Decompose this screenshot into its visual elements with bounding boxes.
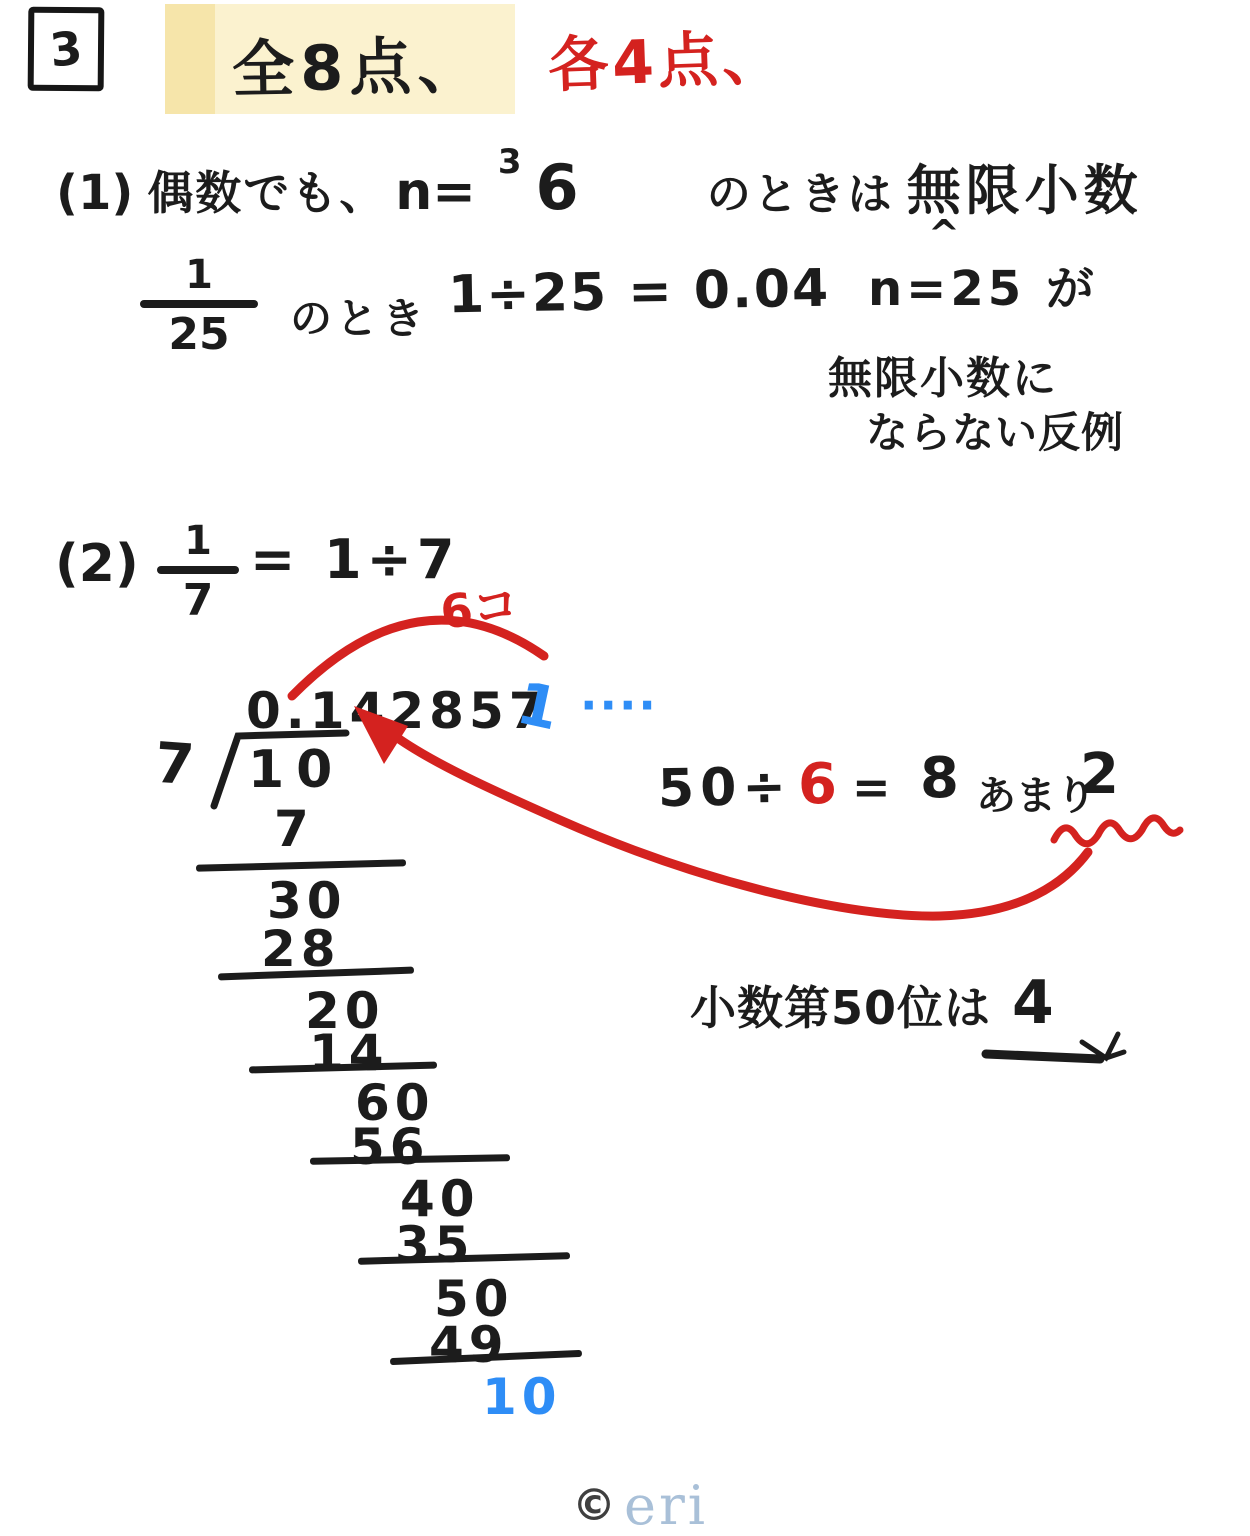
remainder-calc-quotient: 8 xyxy=(920,746,959,811)
problem-number: 3 xyxy=(47,21,84,78)
remainder-calc-pre: 50÷ xyxy=(657,757,792,819)
problem-number-box: 3 xyxy=(28,7,105,92)
fraction-bar xyxy=(140,300,258,308)
cycle-count-label: 6コ xyxy=(436,567,521,642)
quotient-digits: 0.142857 xyxy=(246,682,549,740)
part1-statement-post1: のときは xyxy=(707,158,895,222)
fraction-denominator: 7 xyxy=(157,576,239,626)
part1-note-line3: ならない反例 xyxy=(866,400,1124,460)
part1-note-line1: n=25 が xyxy=(868,250,1098,319)
part1-when-label: のとき xyxy=(290,286,428,346)
answer-underline-arrow-icon xyxy=(1082,1034,1124,1058)
part1-calculation: 1÷25 = 0.04 xyxy=(448,259,831,326)
division-final-remainder: 10 xyxy=(482,1368,562,1426)
answer-underline xyxy=(986,1054,1100,1059)
division-step: 49 xyxy=(429,1316,509,1374)
division-step: 35 xyxy=(395,1216,475,1274)
part1-statement-superscript: 3 xyxy=(498,142,522,182)
part1-statement-var: n= xyxy=(395,162,476,222)
watermark: © eri xyxy=(572,1474,708,1536)
remainder-calc-amari-label: あまり xyxy=(976,764,1096,821)
fraction-1-7: 1 7 xyxy=(157,518,239,626)
division-divisor: 7 xyxy=(153,731,196,799)
division-rule xyxy=(196,859,406,871)
part1-statement-row: (1) 偶数でも、 n= 3 6 のときは 無限小数 xyxy=(56,148,1143,225)
emphasis-wavy-underline xyxy=(1054,818,1180,844)
fraction-denominator: 25 xyxy=(140,310,258,360)
part1-statement-value: 6 xyxy=(536,151,579,224)
division-step: 7 xyxy=(274,800,314,858)
copyright-icon: © xyxy=(572,1480,616,1531)
division-step: 56 xyxy=(350,1118,430,1176)
answer-value: 4 xyxy=(1012,968,1054,1038)
part1-note-line2: 無限小数に xyxy=(828,342,1058,406)
remainder-calc-remainder: 2 xyxy=(1080,742,1119,807)
quotient-repeat-digit: 1 xyxy=(511,669,565,744)
fraction-numerator: 1 xyxy=(140,252,258,298)
fraction-numerator: 1 xyxy=(157,518,239,564)
total-score-label: 全8点、 xyxy=(231,16,486,109)
part1-statement-pre: 偶数でも、 xyxy=(147,157,387,223)
part2-equation: = 1÷7 xyxy=(250,528,459,591)
division-dividend: 10 xyxy=(248,740,344,800)
remainder-calc-equals: = xyxy=(852,760,891,814)
fraction-bar xyxy=(157,566,239,574)
part2-label: (2) xyxy=(55,534,139,594)
remainder-calc-red-divisor: 6 xyxy=(798,752,837,817)
quotient-continuation-dots: ···· xyxy=(580,678,658,732)
highlight-edge xyxy=(165,4,215,114)
fraction-1-25: 1 25 xyxy=(140,252,258,360)
answer-label: 小数第50位は xyxy=(690,972,991,1038)
watermark-name: eri xyxy=(624,1474,708,1536)
worksheet-page: 3 全8点、 各4点、 (1) 偶数でも、 n= 3 6 のときは 無限小数 1… xyxy=(0,0,1250,1536)
per-question-score-label: 各4点、 xyxy=(547,10,788,104)
part1-label: (1) xyxy=(56,165,133,221)
